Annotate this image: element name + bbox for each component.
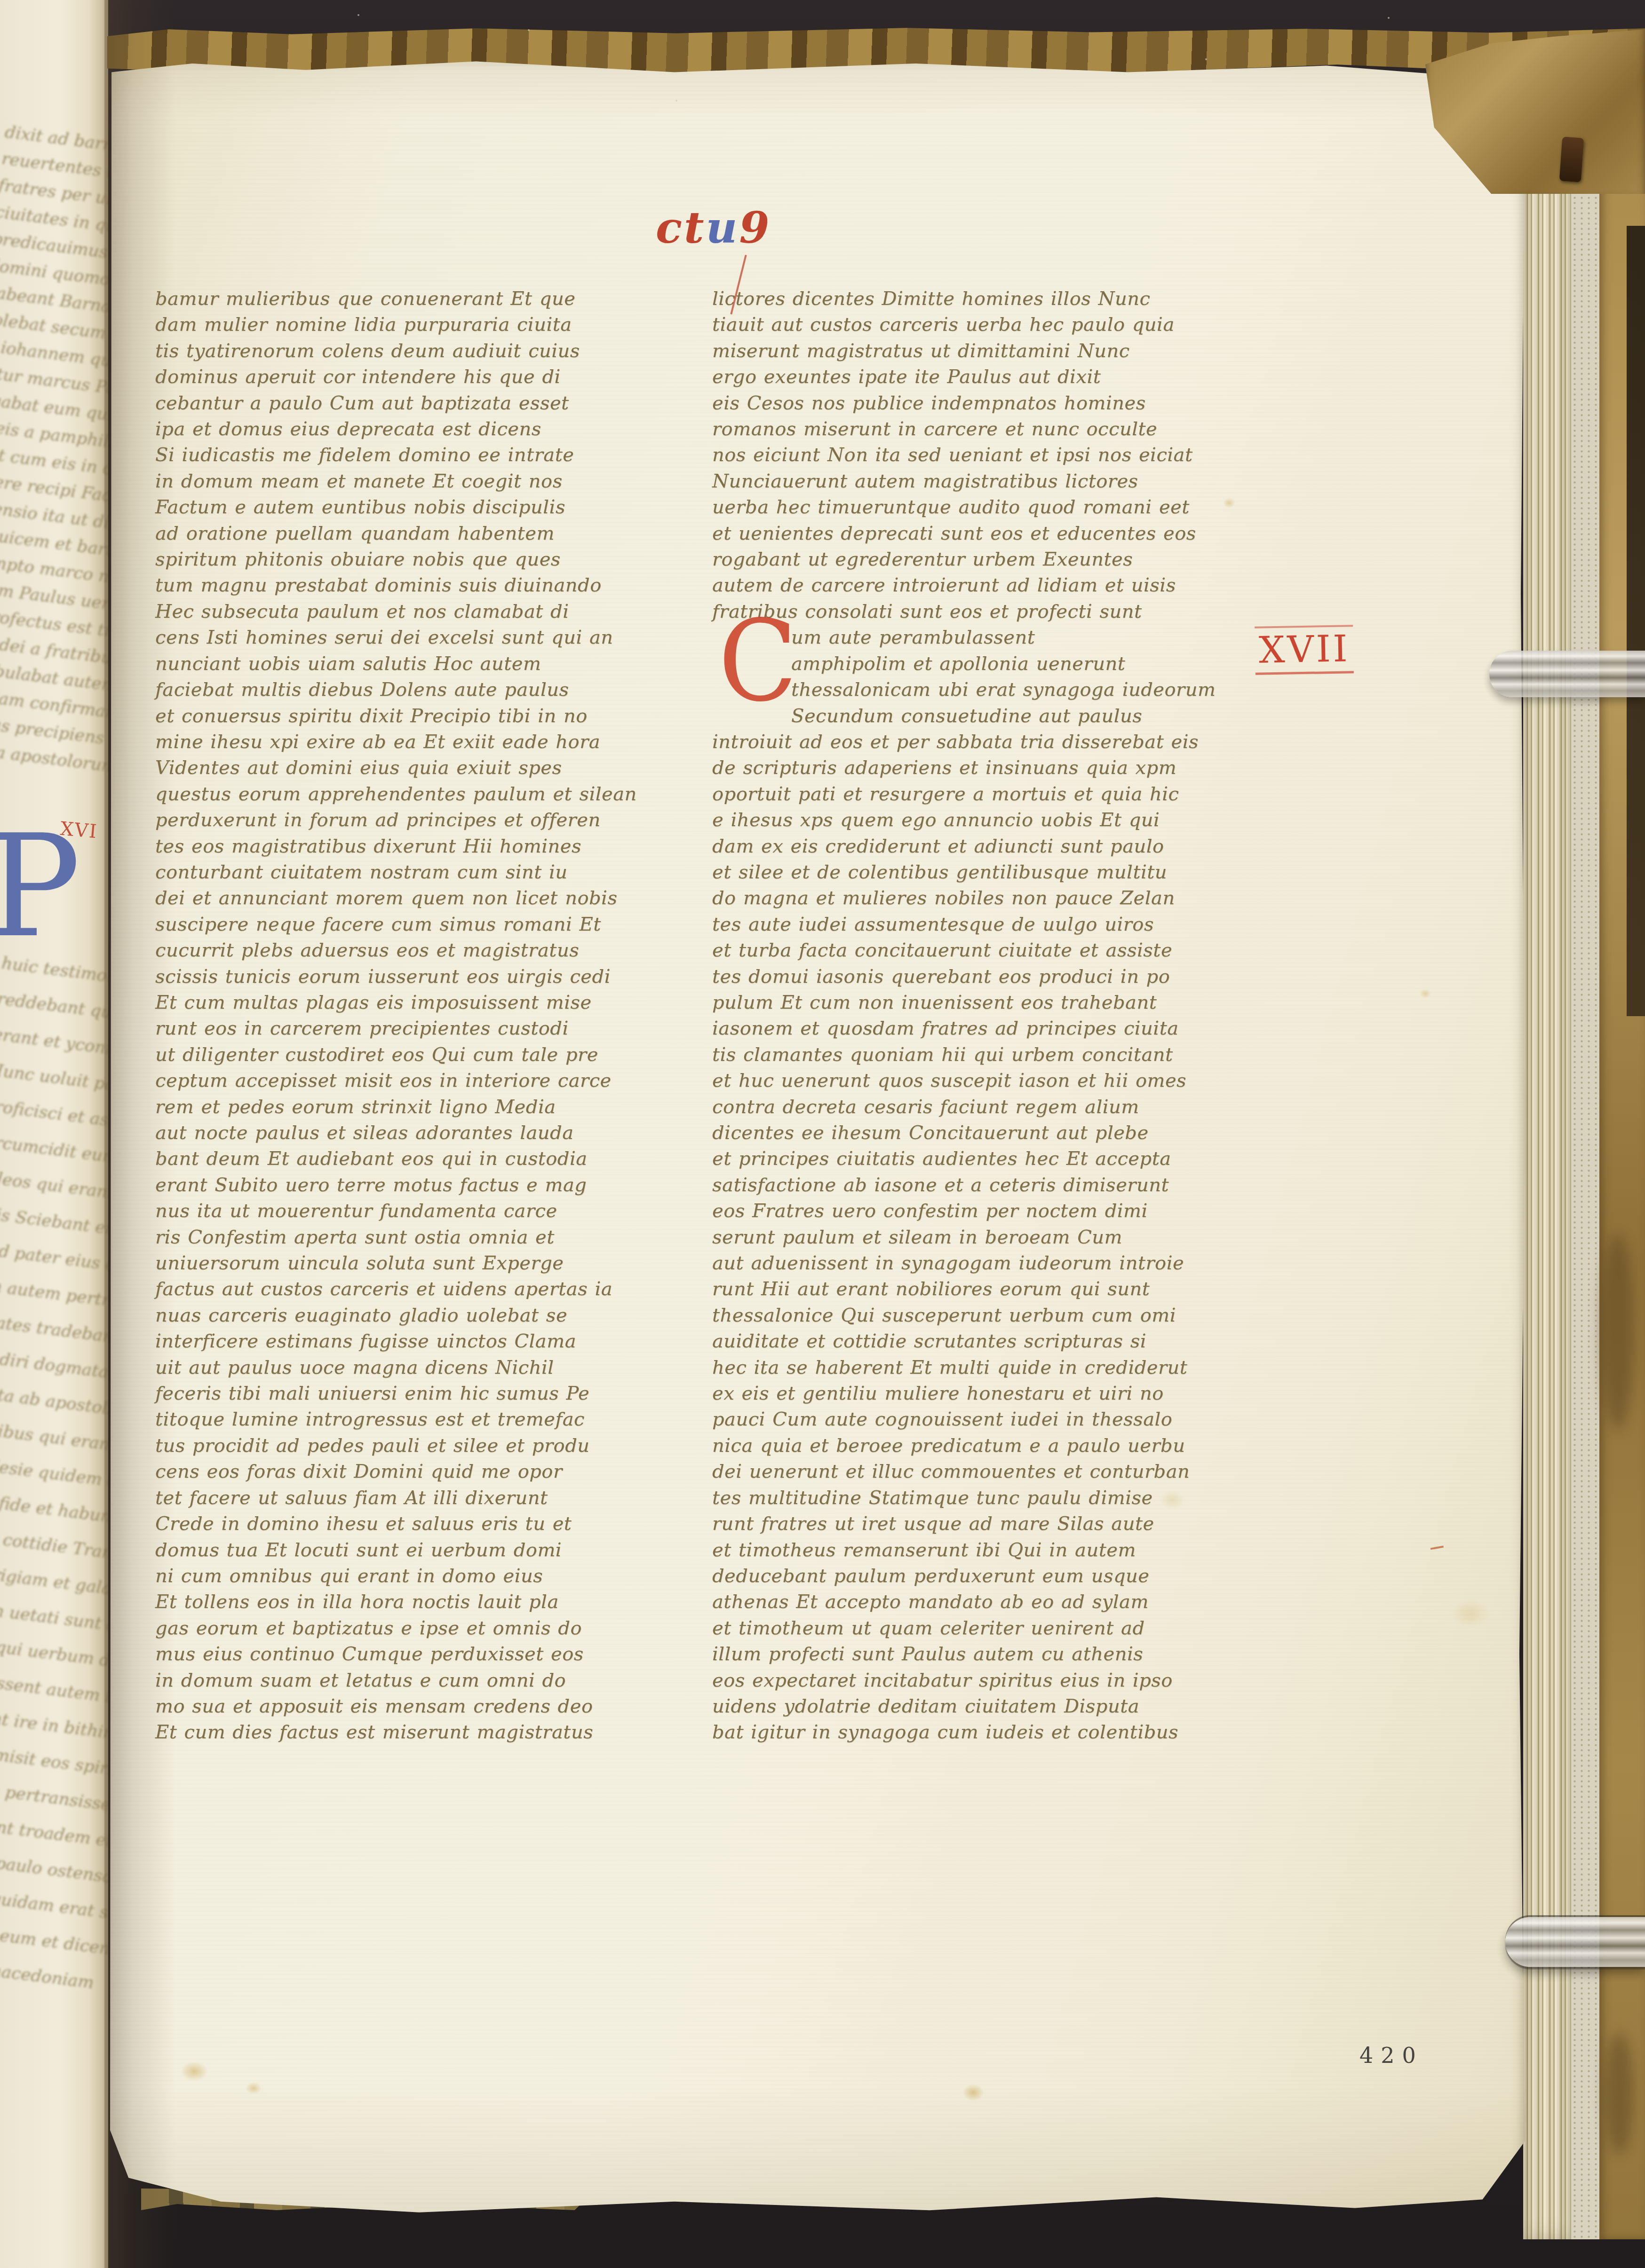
text-line: aut nocte paulus et sileas adorantes lau… [155, 1120, 640, 1146]
text-line: Hec subsecuta paulum et nos clamabat di [155, 599, 640, 625]
text-line: titoque lumine introgressus est et treme… [155, 1407, 640, 1432]
text-line: ceptum accepisset misit eos in interiore… [155, 1068, 640, 1094]
facing-leaf-edge: dixit ad barnabamreuertentes uisitemusfr… [0, 0, 108, 2268]
text-line: hec ita se haberent Et multi quide in cr… [712, 1355, 1248, 1381]
clasp-remnant [1559, 137, 1584, 183]
text-line: et uenientes deprecati sunt eos et educe… [712, 521, 1248, 547]
text-line: scissis tunicis eorum iusserunt eos uirg… [155, 964, 640, 990]
woven-binding-band [1570, 66, 1600, 2239]
text-line: uniuersorum uincula soluta sunt Experge [155, 1250, 640, 1276]
text-line: nica quia et beroee predicatum e a paulo… [712, 1433, 1248, 1459]
text-line: ris Confestim aperta sunt ostia omnia et [155, 1225, 640, 1250]
text-line: iasonem et quosdam fratres ad principes … [712, 1016, 1248, 1042]
text-line: tiauit aut custos carceris uerba hec pau… [712, 312, 1248, 338]
text-line: faciebat multis diebus Dolens aute paulu… [155, 677, 640, 703]
text-line: rem et pedes eorum strinxit ligno Media [155, 1094, 640, 1120]
text-line: introiuit ad eos et per sabbata tria dis… [712, 729, 1248, 755]
text-line: tes eos magistratibus dixerunt Hii homin… [155, 834, 640, 859]
text-line: pauci Cum aute cognouissent iudei in the… [712, 1407, 1248, 1432]
facing-leaf-text-upper: dixit ad barnabamreuertentes uisitemusfr… [0, 119, 108, 796]
chapter-number: XVII [1255, 625, 1354, 675]
text-line: Videntes aut domini eius quia exiuit spe… [155, 755, 640, 781]
text-line: contra decreta cesaris faciunt regem ali… [712, 1094, 1248, 1120]
text-line: mus eius continuo Cumque perduxisset eos [155, 1641, 640, 1667]
text-line: ergo exeuntes ipate ite Paulus aut dixit [712, 364, 1248, 390]
text-line: gas eorum et baptizatus e ipse et omnis … [155, 1615, 640, 1641]
facing-initial-letter: P [0, 816, 81, 957]
dust-speck [528, 29, 530, 31]
text-line: perduxerunt in forum ad principes et off… [155, 807, 640, 833]
text-line: bat igitur in synagoga cum iudeis et col… [712, 1719, 1248, 1745]
text-line: et huc uenerunt quos suscepit iason et h… [712, 1068, 1248, 1094]
text-line: interficere estimans fugisse uinctos Cla… [155, 1329, 640, 1354]
text-line: miserunt magistratus ut dimittamini Nunc [712, 338, 1248, 364]
text-line: aut aduenissent in synagogam iudeorum in… [712, 1250, 1248, 1276]
text-line: in domum suam et letatus e cum omni do [155, 1668, 640, 1694]
text-line: Si iudicastis me fidelem domino ee intra… [155, 442, 640, 468]
dust-speck [1388, 17, 1390, 19]
running-title-glyph: u [706, 202, 739, 253]
page-weight-rod-lower [1505, 1917, 1645, 1967]
text-line: cens eos foras dixit Domini quid me opor [155, 1459, 640, 1485]
text-line: nos eiciunt Non ita sed ueniant et ipsi … [712, 442, 1248, 468]
text-line: lictores dicentes Dimitte homines illos … [712, 286, 1248, 312]
foxing-spot [962, 2084, 984, 2101]
foxing-spot [181, 2061, 208, 2081]
text-line: romanos miserunt in carcere et nunc occu… [712, 416, 1248, 442]
text-line: in domum meam et manete Et coegit nos [155, 469, 640, 494]
text-line: runt eos in carcerem precipientes custod… [155, 1016, 640, 1042]
text-line: domus tua Et locuti sunt ei uerbum domi [155, 1537, 640, 1563]
running-title-glyph: ct [656, 202, 706, 253]
text-line: ad oratione puellam quandam habentem [155, 521, 640, 547]
text-line: ex eis et gentiliu muliere honestaru et … [712, 1381, 1248, 1407]
text-line: athenas Et accepto mandato ab eo ad syla… [712, 1589, 1248, 1615]
cover-stain [1605, 2032, 1633, 2155]
text-line: ni cum omnibus qui erant in domo eius [155, 1563, 640, 1589]
text-line: dicentes ee ihesum Concitauerunt aut ple… [712, 1120, 1248, 1146]
text-line: nus ita ut mouerentur fundamenta carce [155, 1198, 640, 1224]
text-line: eos Fratres uero confestim per noctem di… [712, 1198, 1248, 1224]
text-line: illum profecti sunt Paulus autem cu athe… [712, 1641, 1248, 1667]
text-line: dei et annunciant morem quem non licet n… [155, 885, 640, 911]
page-weight-rod-upper [1489, 651, 1645, 697]
text-line: Et tollens eos in illa hora noctis lauit… [155, 1589, 640, 1615]
text-line: tis clamantes quoniam hii qui urbem conc… [712, 1042, 1248, 1068]
text-line: erant Subito uero terre motus factus e m… [155, 1172, 640, 1198]
cover-stain [1601, 1233, 1634, 1430]
manuscript-photo-stage: dixit ad barnabamreuertentes uisitemusfr… [0, 0, 1645, 2268]
text-line: feceris tibi mali uniuersi enim hic sumu… [155, 1381, 640, 1407]
running-title: ctu9 [656, 206, 771, 249]
text-line: tet facere ut saluus fiam At illi dixeru… [155, 1485, 640, 1511]
foxing-spot [1420, 989, 1431, 998]
text-line: thessalonice Qui susceperunt uerbum cum … [712, 1303, 1248, 1329]
text-line: Crede in domino ihesu et saluus eris tu … [155, 1511, 640, 1537]
text-line: tum magnu prestabat dominis suis diuinan… [155, 573, 640, 598]
text-line: auiditate et cottidie scrutantes scriptu… [712, 1329, 1248, 1354]
text-line: tus procidit ad pedes pauli et silee et … [155, 1433, 640, 1459]
fore-edge-page-stack [1523, 66, 1570, 2239]
text-line: tis tyatirenorum colens deum audiuit cui… [155, 338, 640, 364]
text-line: suscipere neque facere cum simus romani … [155, 912, 640, 938]
text-line: nuas carceris euaginato gladio uolebat s… [155, 1303, 640, 1329]
text-line: et timotheus remanserunt ibi Qui in aute… [712, 1537, 1248, 1563]
text-line: cucurrit plebs aduersus eos et magistrat… [155, 938, 640, 963]
text-line: et turba facta concitauerunt ciuitate et… [712, 938, 1248, 963]
text-line: autem de carcere introierunt ad lidiam e… [712, 573, 1248, 598]
text-line: Nunciauerunt autem magistratibus lictore… [712, 469, 1248, 494]
text-line: runt Hii aut erant nobiliores eorum qui … [712, 1276, 1248, 1302]
text-line: questus eorum apprehendentes paulum et s… [155, 781, 640, 807]
text-line: nunciant uobis uiam salutis Hoc autem [155, 651, 640, 677]
text-line: satisfactione ab iasone et a ceteris dim… [712, 1172, 1248, 1198]
text-line: et timotheum ut quam celeriter uenirent … [712, 1615, 1248, 1641]
text-line: eos expectaret incitabatur spiritus eius… [712, 1668, 1248, 1694]
text-line: dam ex eis crediderunt et adiuncti sunt … [712, 834, 1248, 859]
text-line: tes multitudine Statimque tunc paulu dim… [712, 1485, 1248, 1511]
text-line: conturbant ciuitatem nostram cum sint iu [155, 859, 640, 885]
text-line: et conuersus spiritu dixit Precipio tibi… [155, 703, 640, 729]
text-line: mo sua et apposuit eis mensam credens de… [155, 1694, 640, 1719]
text-line: uidens ydolatrie deditam ciuitatem Dispu… [712, 1694, 1248, 1719]
text-column-left: bamur mulieribus que conuenerant Et qued… [155, 286, 640, 1746]
cover-shadow-recess [1627, 226, 1645, 1016]
text-line: do magna et mulieres nobiles non pauce Z… [712, 885, 1248, 911]
text-line: Et cum dies factus est miserunt magistra… [155, 1719, 640, 1745]
running-title-glyph: 9 [739, 202, 771, 253]
chapter-initial-letter: C [718, 606, 797, 718]
text-line: tes domui iasonis querebant eos produci … [712, 964, 1248, 990]
facing-leaf-text-lower: huic testimonium bonumreddebant qui in l… [0, 946, 108, 2049]
text-line: mine ihesu xpi exire ab ea Et exiit eade… [155, 729, 640, 755]
text-line: bant deum Et audiebant eos qui in custod… [155, 1146, 640, 1172]
text-line: Factum e autem euntibus nobis discipulis [155, 494, 640, 520]
foxing-spot [1452, 1600, 1489, 1628]
text-line: bamur mulieribus que conuenerant Et que [155, 286, 640, 312]
text-line: uerba hec timueruntque audito quod roman… [712, 494, 1248, 520]
text-line: e ihesus xps quem ego annuncio uobis Et … [712, 807, 1248, 833]
text-line: tes aute iudei assumentesque de uulgo ui… [712, 912, 1248, 938]
text-line: et principes ciuitatis audientes hec Et … [712, 1146, 1248, 1172]
text-line: dei uenerunt et illuc commouentes et con… [712, 1459, 1248, 1485]
foxing-spot [246, 2082, 262, 2094]
text-line: uit aut paulus uoce magna dicens Nichil [155, 1355, 640, 1381]
text-line: serunt paulum et sileam in beroeam Cum [712, 1225, 1248, 1250]
text-line: dam mulier nomine lidia purpuraria ciuit… [155, 312, 640, 338]
text-column-right: lictores dicentes Dimitte homines illos … [712, 286, 1248, 1746]
text-line: oportuit pati et resurgere a mortuis et … [712, 781, 1248, 807]
text-line: spiritum phitonis obuiare nobis que ques [155, 547, 640, 573]
text-line: pulum Et cum non inuenissent eos traheba… [712, 990, 1248, 1016]
text-line: de scripturis adaperiens et insinuans qu… [712, 755, 1248, 781]
dust-speck [675, 100, 677, 102]
folio-number: 420 [1359, 2043, 1423, 2068]
text-line: deducebant paulum perduxerunt eum usque [712, 1563, 1248, 1589]
text-line: cens Isti homines serui dei excelsi sunt… [155, 625, 640, 651]
text-line: eis Cesos nos publice indempnatos homine… [712, 390, 1248, 416]
text-line: factus aut custos carceris et uidens ape… [155, 1276, 640, 1302]
text-line: rogabant ut egrederentur urbem Exeuntes [712, 547, 1248, 573]
text-line: et silee et de colentibus gentilibusque … [712, 859, 1248, 885]
dust-speck [358, 14, 359, 16]
text-line: cebantur a paulo Cum aut baptizata esset [155, 390, 640, 416]
text-line: runt fratres ut iret usque ad mare Silas… [712, 1511, 1248, 1537]
text-line: dominus aperuit cor intendere his que di [155, 364, 640, 390]
text-line: ipa et domus eius deprecata est dicens [155, 416, 640, 442]
dust-speck [1205, 58, 1207, 60]
text-line: ut diligenter custodiret eos Qui cum tal… [155, 1042, 640, 1068]
text-line: Et cum multas plagas eis imposuissent mi… [155, 990, 640, 1016]
